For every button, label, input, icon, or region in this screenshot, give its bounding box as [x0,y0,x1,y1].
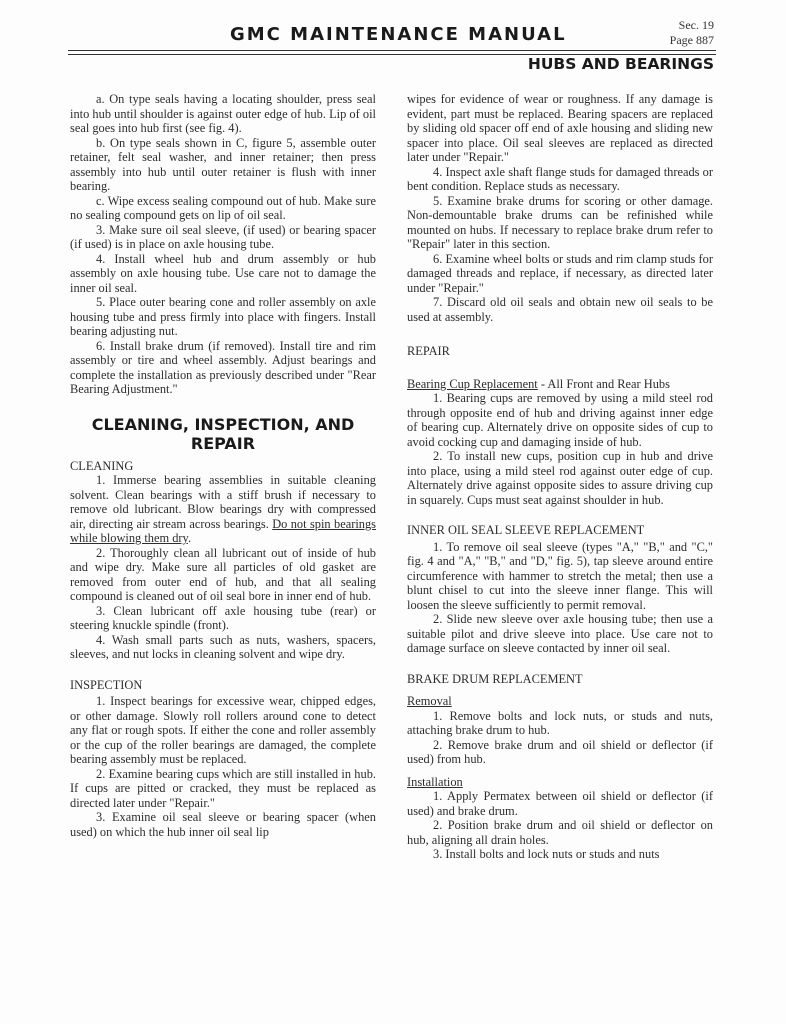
bearing-cup-title: Bearing Cup Replacement - All Front and … [407,377,713,392]
subheading-brake-drum: BRAKE DRUM REPLACEMENT [407,672,713,687]
paragraph: 4. Install wheel hub and drum assembly o… [70,252,376,296]
left-column: a. On type seals having a locating shoul… [70,92,376,839]
paragraph: 5. Examine brake drums for scoring or ot… [407,194,713,252]
underlined-title: Bearing Cup Replacement [407,377,538,391]
subheading-repair: REPAIR [407,344,713,359]
paragraph: 7. Discard old oil seals and obtain new … [407,295,713,324]
paragraph: 3. Clean lubricant off axle housing tube… [70,604,376,633]
paragraph: c. Wipe excess sealing compound out of h… [70,194,376,223]
paragraph: 3. Make sure oil seal sleeve, (if used) … [70,223,376,252]
paragraph: 1. Immerse bearing assemblies in suitabl… [70,473,376,546]
paragraph: 2. Examine bearing cups which are still … [70,767,376,811]
chapter-title: HUBS AND BEARINGS [528,55,714,73]
page-number: Page 887 [670,33,714,48]
underlined-title: Installation [407,775,463,789]
paragraph: 5. Place outer bearing cone and roller a… [70,295,376,339]
installation-title: Installation [407,775,713,790]
paragraph: b. On type seals shown in C, figure 5, a… [70,136,376,194]
paragraph: 4. Inspect axle shaft flange studs for d… [407,165,713,194]
paragraph: 2. Position brake drum and oil shield or… [407,818,713,847]
paragraph: 6. Examine wheel bolts or studs and rim … [407,252,713,296]
removal-title: Removal [407,694,713,709]
section-heading: CLEANING, INSPECTION, AND REPAIR [70,415,376,453]
paragraph: 1. Remove bolts and lock nuts, or studs … [407,709,713,738]
paragraph: 3. Install bolts and lock nuts or studs … [407,847,713,862]
section-page-label: Sec. 19 Page 887 [670,18,714,48]
underlined-title: Removal [407,694,452,708]
text: . [188,531,191,545]
right-column: wipes for evidence of wear or roughness.… [407,92,713,862]
paragraph: 6. Install brake drum (if removed). Inst… [70,339,376,397]
paragraph: 2. Remove brake drum and oil shield or d… [407,738,713,767]
paragraph: 1. Apply Permatex between oil shield or … [407,789,713,818]
subheading-sleeve-replacement: INNER OIL SEAL SLEEVE REPLACEMENT [407,523,713,538]
paragraph: 2. Slide new sleeve over axle housing tu… [407,612,713,656]
paragraph: 3. Examine oil seal sleeve or bearing sp… [70,810,376,839]
subheading-cleaning: CLEANING [70,459,376,474]
subheading-inspection: INSPECTION [70,678,376,693]
paragraph: 1. Bearing cups are removed by using a m… [407,391,713,449]
paragraph: a. On type seals having a locating shoul… [70,92,376,136]
paragraph: 1. Inspect bearings for excessive wear, … [70,694,376,767]
paragraph: 1. To remove oil seal sleeve (types "A,"… [407,540,713,613]
section-number: Sec. 19 [670,18,714,33]
paragraph: 2. To install new cups, position cup in … [407,449,713,507]
text: - All Front and Rear Hubs [538,377,670,391]
manual-title: GMC MAINTENANCE MANUAL [230,24,567,45]
paragraph: wipes for evidence of wear or roughness.… [407,92,713,165]
paragraph: 4. Wash small parts such as nuts, washer… [70,633,376,662]
paragraph: 2. Thoroughly clean all lubricant out of… [70,546,376,604]
